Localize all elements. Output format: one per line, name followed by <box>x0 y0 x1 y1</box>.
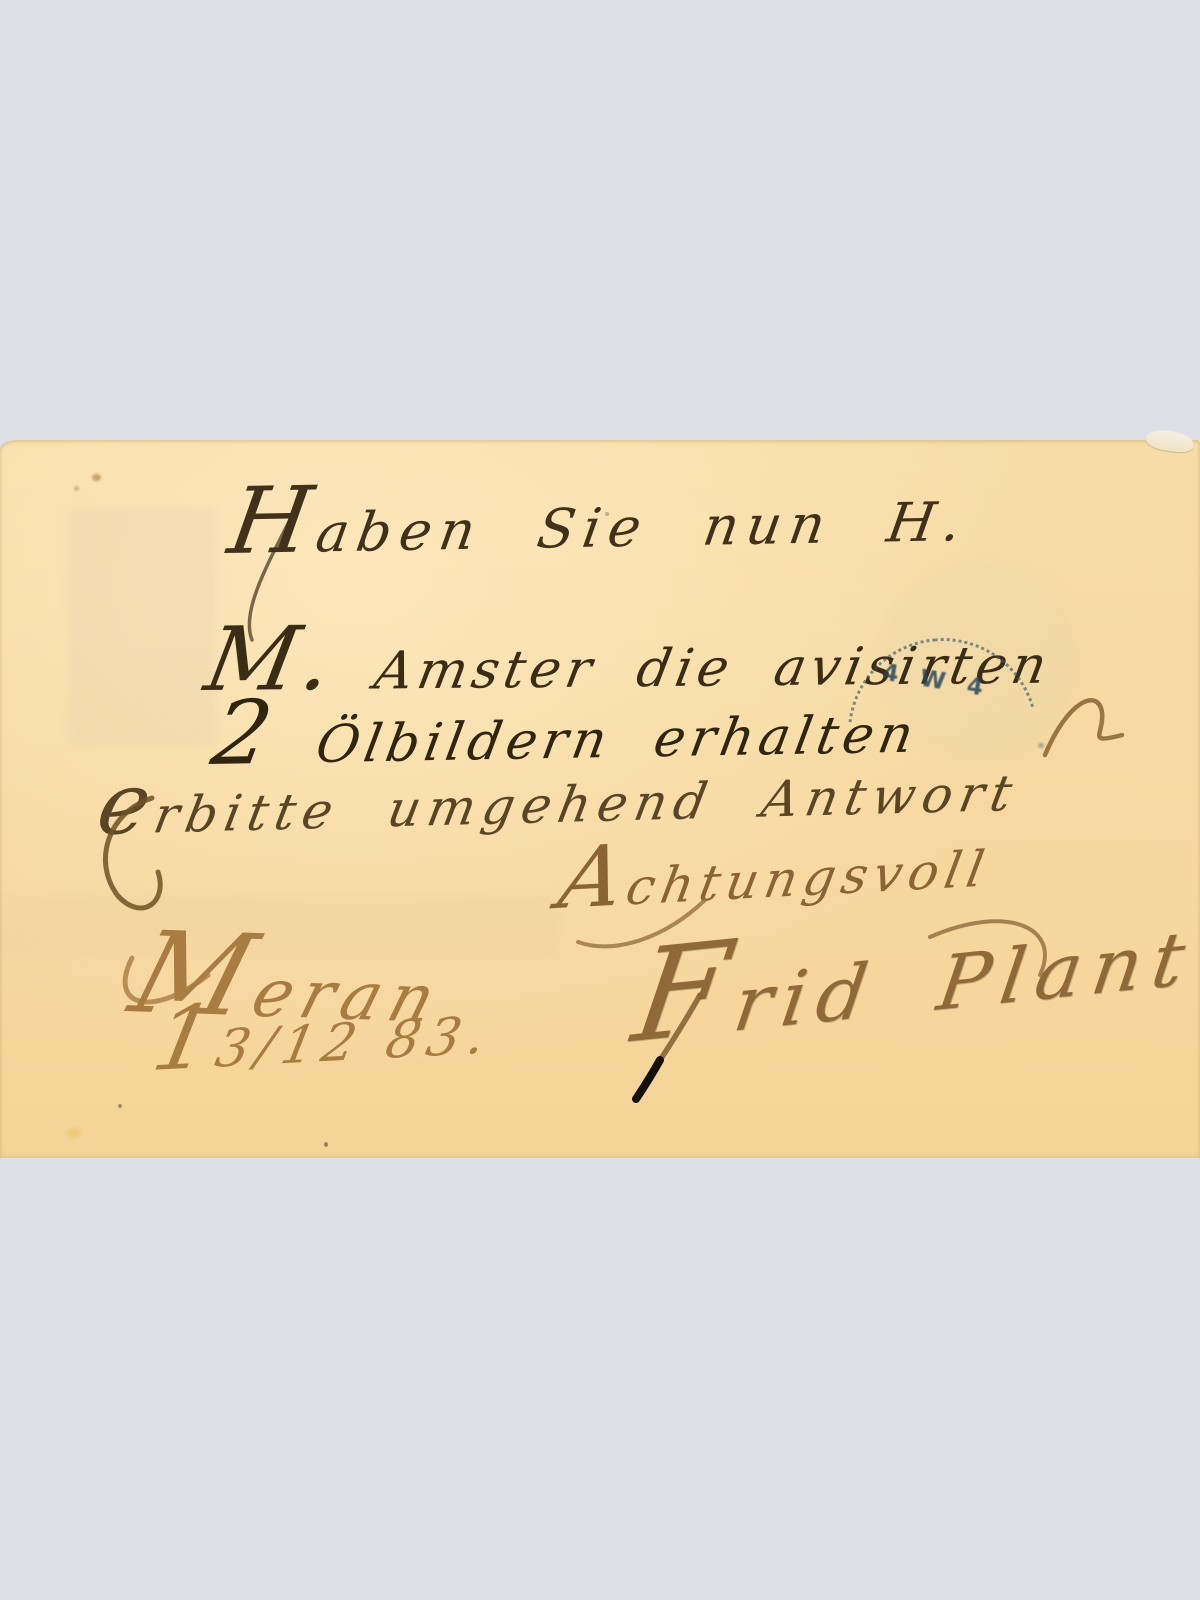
show-through-rectangle <box>68 508 216 746</box>
scan-background: Haben Sie nun H. M. Amster die avisirten… <box>0 0 1200 1600</box>
stain-speck <box>66 1128 82 1138</box>
stain-speck <box>324 1142 328 1147</box>
stain-speck <box>1038 743 1044 748</box>
handwriting-line-1: Haben Sie nun H. <box>222 455 979 575</box>
dateline-date: 13/12 83. <box>145 971 504 1091</box>
postcard: Haben Sie nun H. M. Amster die avisirten… <box>0 440 1200 1158</box>
stain-speck <box>74 486 79 491</box>
torn-corner-flap <box>1145 428 1195 454</box>
stain-speck <box>118 1104 122 1108</box>
stain-speck <box>92 474 101 481</box>
